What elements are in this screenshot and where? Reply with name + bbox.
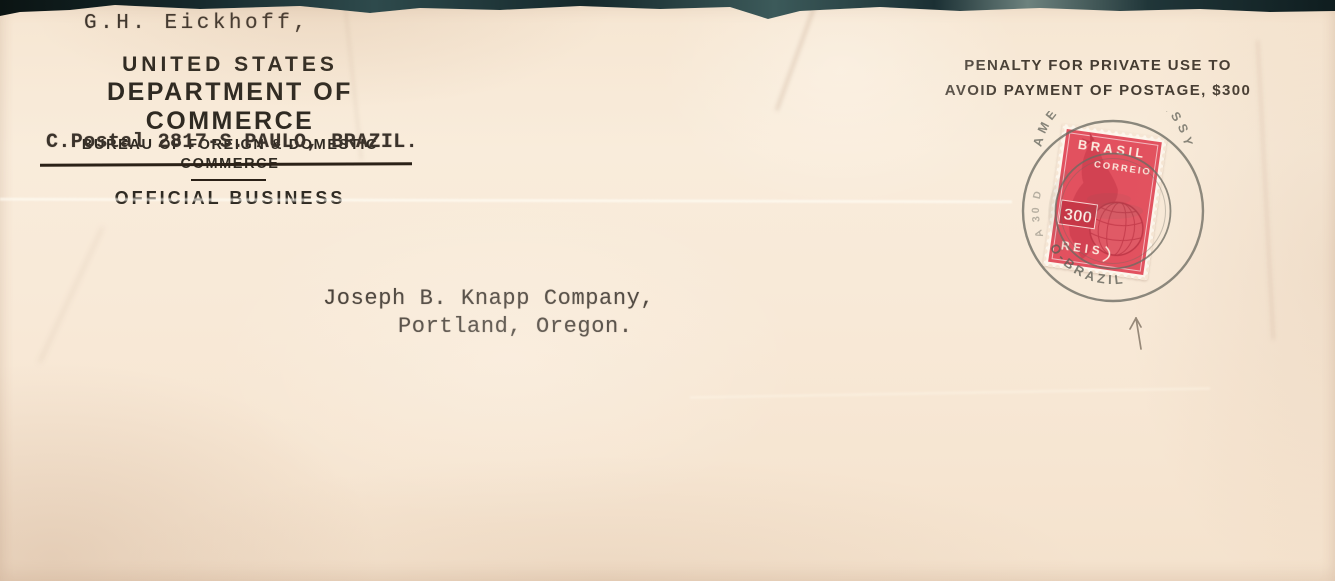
envelope-paper: G.H. Eickhoff, UNITED STATES DEPARTMENT … <box>0 0 1335 581</box>
postmark-cancel: AMERICAN EMBASSY O-BRAZIL A 30 D <box>1013 111 1213 311</box>
postmark-text-date-fragment: A 30 D <box>1030 188 1046 239</box>
letterhead-department: DEPARTMENT OF COMMERCE <box>40 78 420 136</box>
crease-top-right <box>775 0 820 111</box>
official-business-rule <box>191 179 266 181</box>
crease-left <box>38 227 103 364</box>
postmark-art: AMERICAN EMBASSY O-BRAZIL A 30 D <box>1013 111 1213 311</box>
return-postal-box: C.Postal 2817-S.PAULO, BRAZIL. <box>46 131 418 154</box>
penalty-notice: PENALTY FOR PRIVATE USE TO AVOID PAYMENT… <box>940 53 1256 103</box>
official-business-label: OFFICIAL BUSINESS <box>40 188 420 209</box>
sender-name: G.H. Eickhoff, <box>84 12 309 35</box>
recipient-line-2: Portland, Oregon. <box>398 314 633 339</box>
letterhead: UNITED STATES DEPARTMENT OF COMMERCE BUR… <box>40 52 420 173</box>
envelope-scan: G.H. Eickhoff, UNITED STATES DEPARTMENT … <box>0 0 1335 581</box>
crease-bottom <box>690 387 1210 398</box>
recipient-line-1: Joseph B. Knapp Company, <box>323 286 654 311</box>
letterhead-united-states: UNITED STATES <box>40 52 420 78</box>
postmark-text-embassy: AMERICAN EMBASSY <box>1030 111 1196 151</box>
pencil-arrow-icon <box>1120 308 1160 356</box>
svg-text:AMERICAN EMBASSY: AMERICAN EMBASSY <box>1030 111 1196 151</box>
penalty-line-1: PENALTY FOR PRIVATE USE TO <box>940 53 1256 78</box>
penalty-line-2: AVOID PAYMENT OF POSTAGE, $300 <box>940 78 1256 103</box>
crease-right-edge <box>1256 40 1275 340</box>
svg-text:A 30 D: A 30 D <box>1030 188 1046 239</box>
